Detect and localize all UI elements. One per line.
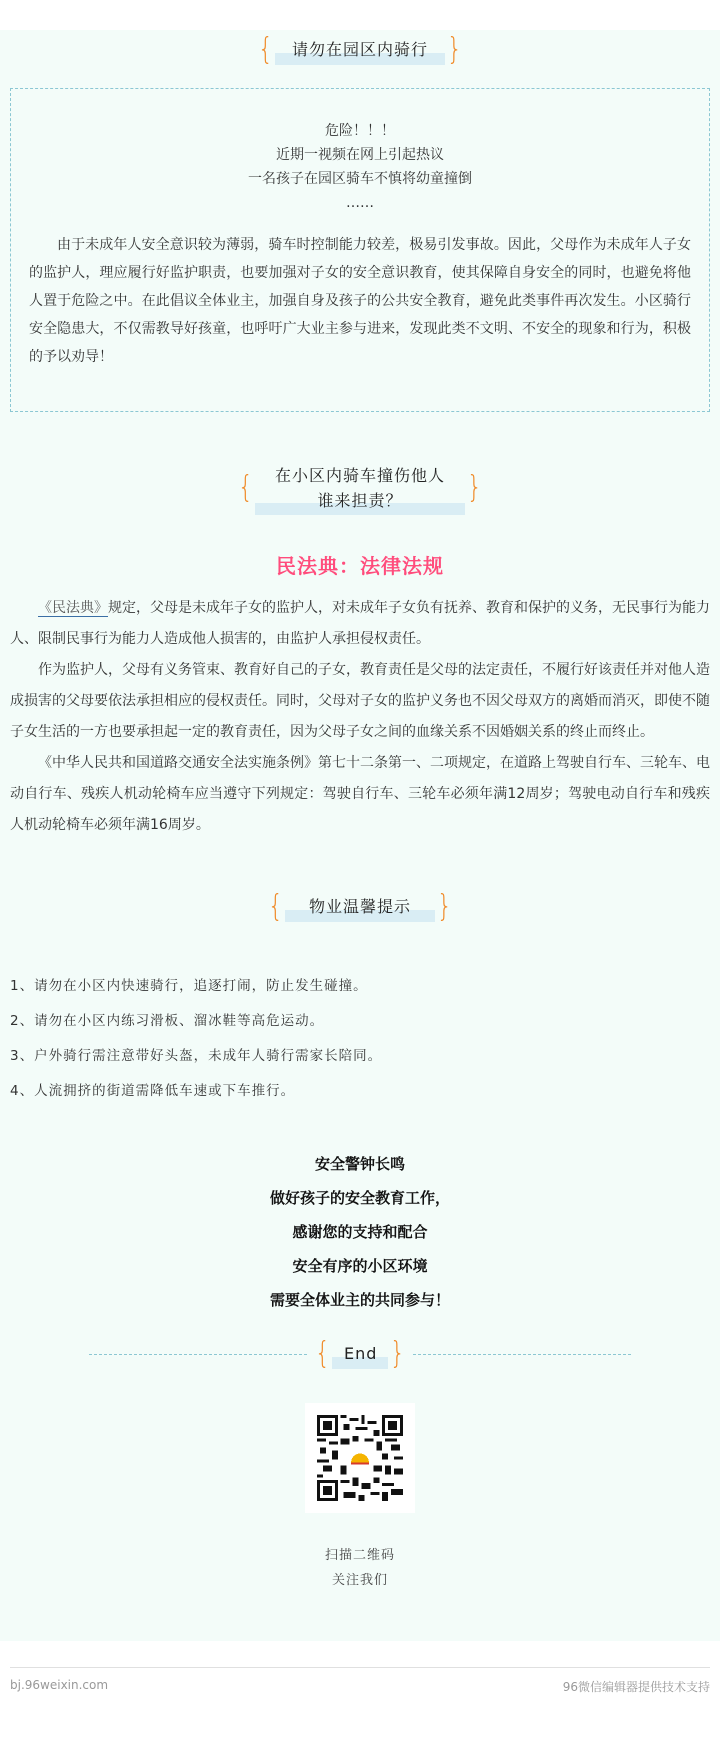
tips-list: 1、请勿在小区内快速骑行，追逐打闹，防止发生碰撞。 2、请勿在小区内练习滑板、溜… [0,969,720,1109]
footer: bj.96weixin.com 96微信编辑器提供技术支持 [0,1641,720,1711]
slogan-line: 安全有序的小区环境 [0,1249,720,1283]
law-paragraph-text: 规定，父母是未成年子女的监护人，对未成年子女负有抚养、教育和保护的义务，无民事行… [10,600,710,647]
slogan-line: 需要全体业主的共同参与！ [0,1283,720,1317]
section-heading-no-riding: { 请勿在园区内骑行 } [0,30,720,66]
section-heading-liability: { 在小区内骑车撞伤他人 谁来担责？ } [0,458,720,518]
dashed-line [89,1354,307,1355]
left-brace-icon: { [258,35,273,65]
tip-item: 4、人流拥挤的街道需降低车速或下车推行。 [10,1074,710,1109]
section-heading-tips: { 物业温馨提示 } [0,887,720,927]
warning-box: 危险！！！ 近期一视频在网上引起热议 一名孩子在园区骑车不慎将幼童撞倒 …… 由… [10,88,710,412]
left-brace-icon: { [268,892,283,922]
right-brace-icon: } [447,35,462,65]
top-spacer [0,0,720,30]
slogan-line: 做好孩子的安全教育工作， [0,1181,720,1215]
right-brace-icon: } [390,1339,405,1369]
law-paragraph: 《中华人民共和国道路交通安全法实施条例》第七十二条第一、二项规定，在道路上驾驶自… [10,748,710,841]
heading-label: 请勿在园区内骑行 [292,40,428,59]
qr-container [0,1403,720,1513]
law-text: 《民法典》规定，父母是未成年子女的监护人，对未成年子女负有抚养、教育和保护的义务… [0,593,720,841]
right-brace-icon: } [467,473,482,503]
heading-label-line2: 谁来担责？ [267,488,453,513]
article-body: { 请勿在园区内骑行 } 危险！！！ 近期一视频在网上引起热议 一名孩子在园区骑… [0,30,720,1641]
law-paragraph: 《民法典》规定，父母是未成年子女的监护人，对未成年子女负有抚养、教育和保护的义务… [10,593,710,655]
civil-code-title: 民法典：法律法规 [0,550,720,579]
intro-line: 危险！！！ [29,119,691,143]
tip-item: 1、请勿在小区内快速骑行，追逐打闹，防止发生碰撞。 [10,969,710,1004]
heading-label: 物业温馨提示 [309,897,411,916]
qr-code-graphic [317,1415,403,1501]
tip-item: 2、请勿在小区内练习滑板、溜冰鞋等高危运动。 [10,1004,710,1039]
intro-line: …… [29,191,691,215]
slogan-line: 感谢您的支持和配合 [0,1215,720,1249]
left-brace-icon: { [238,473,253,503]
intro-line: 近期一视频在网上引起热议 [29,143,691,167]
right-brace-icon: } [437,892,452,922]
qr-code-icon[interactable] [305,1403,415,1513]
slogan-line: 安全警钟长鸣 [0,1147,720,1181]
tip-item: 3、户外骑行需注意带好头盔，未成年人骑行需家长陪同。 [10,1039,710,1074]
warning-intro: 危险！！！ 近期一视频在网上引起热议 一名孩子在园区骑车不慎将幼童撞倒 …… [29,119,691,215]
intro-line: 一名孩子在园区骑车不慎将幼童撞倒 [29,167,691,191]
footer-site-link[interactable]: bj.96weixin.com [10,1678,108,1695]
qr-caption-line: 扫描二维码 [0,1543,720,1568]
slogan-block: 安全警钟长鸣 做好孩子的安全教育工作， 感谢您的支持和配合 安全有序的小区环境 … [0,1147,720,1317]
end-heading: { End } [313,1339,407,1369]
qr-caption: 扫描二维码 关注我们 [0,1543,720,1593]
qr-caption-line: 关注我们 [0,1568,720,1593]
law-paragraph: 作为监护人，父母有义务管束、教育好自己的子女，教育责任是父母的法定责任，不履行好… [10,655,710,748]
civil-code-link[interactable]: 《民法典》 [38,600,108,617]
dashed-line [413,1354,631,1355]
end-label: End [344,1344,377,1363]
heading-label-line1: 在小区内骑车撞伤他人 [267,463,453,488]
footer-credit[interactable]: 96微信编辑器提供技术支持 [563,1678,710,1695]
left-brace-icon: { [315,1339,330,1369]
end-divider: { End } [0,1339,720,1369]
warning-body: 由于未成年人安全意识较为薄弱，骑车时控制能力较差，极易引发事故。因此，父母作为未… [29,231,691,371]
